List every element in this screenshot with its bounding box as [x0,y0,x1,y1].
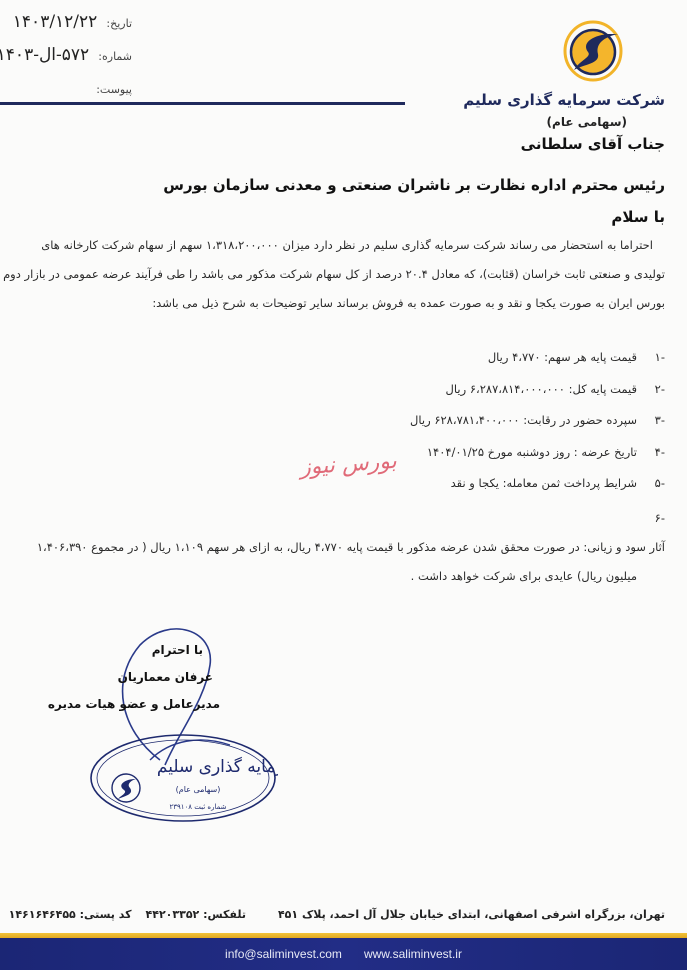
footer-website-link[interactable]: www.saliminvest.ir [364,947,462,961]
footer-contact: تهران، بزرگراه اشرفی اصفهانی، ابتدای خیا… [20,908,665,921]
recipient-title: رئیس محترم اداره نظارت بر ناشران صنعتی و… [163,176,665,194]
greeting: با سلام [611,208,665,226]
intro-line: تولیدی و صنعتی ثابت خراسان (قثابت)، که م… [15,260,665,289]
date-label: تاریخ: [106,17,132,30]
list-number: -۶ [637,504,665,533]
list-item: -۳سپرده حضور در رقابت: ۶۲۸،۷۸۱،۴۰۰،۰۰۰ ر… [15,405,665,437]
stamp-company-type: (سهامی عام) [176,785,221,794]
header-divider-line [0,102,405,105]
company-name: شرکت سرمایه گذاری سلیم [463,91,665,109]
stamp-registration: شماره ثبت ۲۳۹۱۰۸ [169,803,226,811]
closing: با احترام [152,643,203,657]
number-label: شماره: [98,50,132,63]
list-text: شرایط پرداخت ثمن معامله: یکجا و نقد [451,476,637,490]
intro-paragraph: احتراما به استحضار می رساند شرکت سرمایه … [15,231,665,318]
list-text: قیمت پایه کل: ۶،۲۸۷،۸۱۴،۰۰۰،۰۰۰ ریال [446,382,637,396]
list-text: قیمت پایه هر سهم: ۴،۷۷۰ ریال [488,350,637,364]
list-text: تاریخ عرضه : روز دوشنبه مورخ ۱۴۰۴/۰۱/۲۵ [427,445,637,459]
list-text-continuation: میلیون ریال) عایدی برای شرکت خواهد داشت … [15,562,665,591]
intro-line: احتراما به استحضار می رساند شرکت سرمایه … [15,231,665,260]
list-text: آثار سود و زیانی: در صورت محقق شدن عرضه … [37,540,665,554]
recipient-name: جناب آقای سلطانی [521,135,665,153]
list-number: -۱ [637,342,665,374]
footer-email-link[interactable]: info@saliminvest.com [225,947,342,961]
footer-fax: تلفکس: ۴۴۲۰۳۳۵۲ [146,908,246,921]
intro-line: بورس ایران به صورت یکجا و نقد و به صورت … [15,289,665,318]
list-item: -۲قیمت پایه کل: ۶،۲۸۷،۸۱۴،۰۰۰،۰۰۰ ریال [15,374,665,406]
attachment-field: پیوست: [96,78,132,97]
footer-address: تهران، بزرگراه اشرفی اصفهانی، ابتدای خیا… [278,908,665,921]
date-field: تاریخ: ۱۴۰۳/۱۲/۲۲ [13,12,132,32]
company-type: (سهامی عام) [547,115,627,129]
signatory-position: مدیرعامل و عضو هیات مدیره [48,697,220,711]
list-item: -۶آثار سود و زیانی: در صورت محقق شدن عرض… [15,504,665,591]
list-number: -۳ [637,405,665,437]
date-value: ۱۴۰۳/۱۲/۲۲ [13,12,98,32]
list-number: -۴ [637,437,665,469]
stamp-company-name: سرمایه گذاری سلیم [157,756,278,777]
signatory-name: عرفان معماریان [118,670,213,684]
company-stamp: سرمایه گذاری سلیم (سهامی عام) شماره ثبت … [88,732,278,824]
letter-number-field: شماره: ۵۷۲-ال-۱۴۰۳ [0,45,132,65]
list-item: -۱قیمت پایه هر سهم: ۴،۷۷۰ ریال [15,342,665,374]
attachment-label: پیوست: [96,83,132,96]
footer-postal-code: کد پستی: ۱۴۶۱۶۴۶۴۵۵ [9,908,132,921]
list-number: -۲ [637,374,665,406]
list-text: سپرده حضور در رقابت: ۶۲۸،۷۸۱،۴۰۰،۰۰۰ ریا… [410,413,637,427]
list-number: -۵ [637,468,665,500]
footer-links: info@saliminvest.com www.saliminvest.ir [0,938,687,970]
company-logo-icon [562,20,624,82]
number-value: ۵۷۲-ال-۱۴۰۳ [0,45,89,65]
